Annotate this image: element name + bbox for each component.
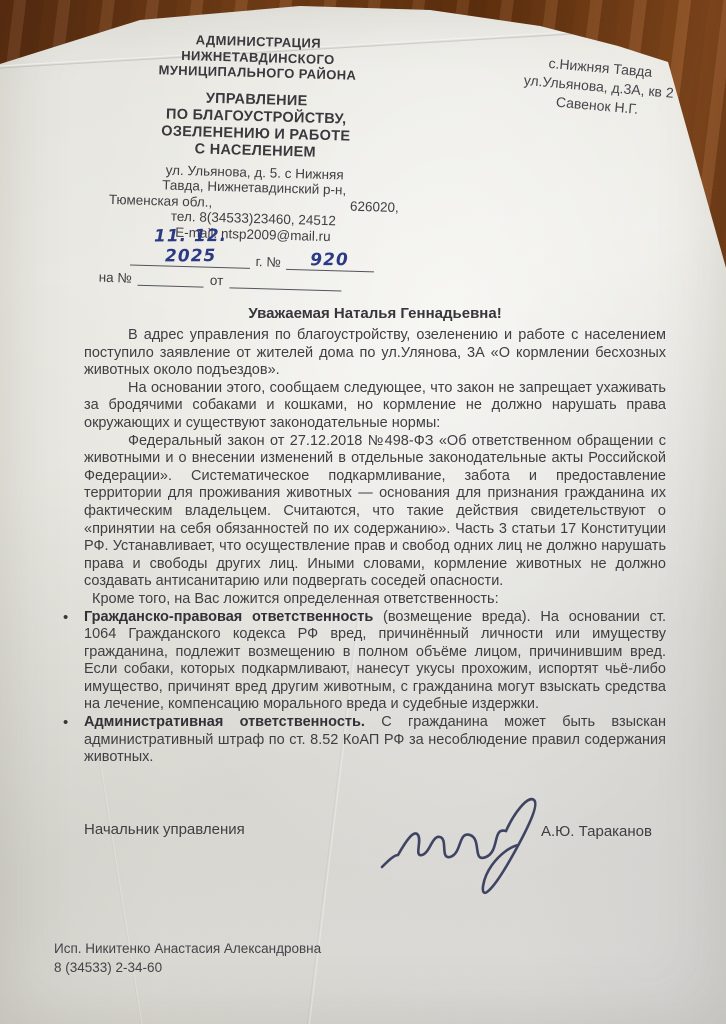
ref-date-blank xyxy=(229,287,341,291)
org-name: АДМИНИСТРАЦИЯ НИЖНЕТАВДИНСКОГО МУНИЦИПАЛ… xyxy=(86,29,429,85)
date-field: 11. 12. 2025 xyxy=(130,225,251,269)
handwritten-doc-number: 920 xyxy=(311,250,350,270)
photo-background: АДМИНИСТРАЦИЯ НИЖНЕТАВДИНСКОГО МУНИЦИПАЛ… xyxy=(0,0,726,1024)
list-item-civil-liability: Гражданско-правовая ответственность (воз… xyxy=(84,609,666,715)
letter-content: АДМИНИСТРАЦИЯ НИЖНЕТАВДИНСКОГО МУНИЦИПАЛ… xyxy=(0,0,726,977)
handwritten-date: 11. 12. 2025 xyxy=(131,226,251,267)
ref-from-label: от xyxy=(210,273,224,288)
responsibility-intro: Кроме того, на Вас ложится определенная … xyxy=(84,591,666,609)
paragraph: В адрес управления по благоустройству, о… xyxy=(84,327,666,380)
org-zip: 626020, xyxy=(350,198,399,215)
letter-paper: АДМИНИСТРАЦИЯ НИЖНЕТАВДИНСКОГО МУНИЦИПАЛ… xyxy=(0,0,726,1024)
list-item-lead: Гражданско-правовая ответственность xyxy=(84,609,373,625)
department-name: УПРАВЛЕНИЕ ПО БЛАГОУСТРОЙСТВУ, ОЗЕЛЕНЕНИ… xyxy=(84,87,428,165)
ref-prefix-label: на № xyxy=(98,270,132,286)
org-region: Тюменская обл., xyxy=(109,191,213,209)
paragraph: На основании этого, сообщаем следующее, … xyxy=(84,380,666,433)
ref-number-blank xyxy=(138,285,204,288)
addressee-block: с.Нижняя Тавда ул.Ульянова, д.3А, кв 2 С… xyxy=(506,52,676,295)
list-item-lead: Административная ответственность. xyxy=(84,714,365,730)
list-item-administrative-liability: Административная ответственность. С граж… xyxy=(84,714,666,767)
salutation: Уважаемая Наталья Геннадьевна! xyxy=(84,305,666,322)
executor-block: Исп. Никитенко Анастасия Александровна 8… xyxy=(54,939,636,977)
executor-phone: 8 (34533) 2-34-60 xyxy=(54,958,636,977)
doc-number-field: 920 xyxy=(286,249,375,272)
letterhead-block: АДМИНИСТРАЦИЯ НИЖНЕТАВДИНСКОГО МУНИЦИПАЛ… xyxy=(81,29,430,293)
letter-header: АДМИНИСТРАЦИЯ НИЖНЕТАВДИНСКОГО МУНИЦИПАЛ… xyxy=(84,34,666,289)
paragraph: Федеральный закон от 27.12.2018 №498-ФЗ … xyxy=(84,433,666,591)
signatory-position: Начальник управления xyxy=(84,821,245,838)
signature-scribble xyxy=(376,791,576,901)
executor-name: Исп. Никитенко Анастасия Александровна xyxy=(54,939,636,958)
date-suffix-label: г. № xyxy=(255,254,281,270)
signature-row: Начальник управления А.Ю. Тараканов xyxy=(84,809,666,895)
responsibility-list: Гражданско-правовая ответственность (воз… xyxy=(84,609,666,767)
letter-body: В адрес управления по благоустройству, о… xyxy=(84,327,666,767)
